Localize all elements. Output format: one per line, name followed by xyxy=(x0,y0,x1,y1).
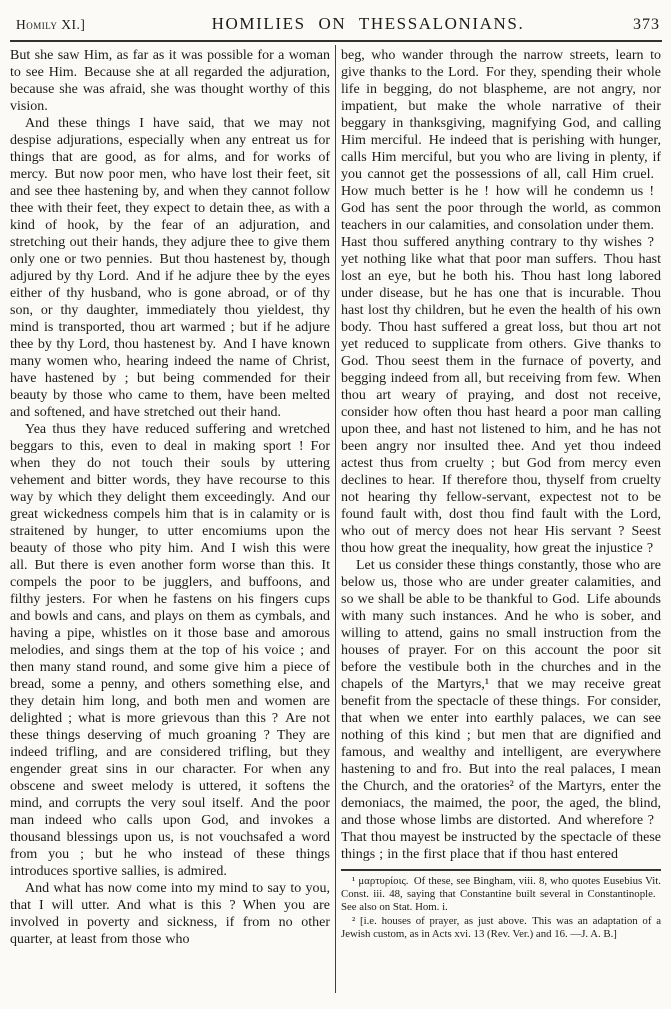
running-header: Homily XI.] HOMILIES ON THESSALONIANS. 3… xyxy=(10,12,662,34)
page-title: HOMILIES ON THESSALONIANS. xyxy=(146,14,590,34)
paragraph: Yea thus they have reduced suffering and… xyxy=(10,421,330,880)
footnotes-block: ¹ μαρτυρίοις. Of these, see Bingham, vii… xyxy=(341,869,661,941)
footnote-1: ¹ μαρτυρίοις. Of these, see Bingham, vii… xyxy=(341,875,661,915)
page-number: 373 xyxy=(590,16,660,34)
footnote-2: ² [i.e. houses of prayer, as just above.… xyxy=(341,915,661,941)
paragraph: And what has now come into my mind to sa… xyxy=(10,880,330,948)
running-header-homily-label: Homily XI.] xyxy=(16,17,146,33)
column-divider xyxy=(335,45,336,993)
paragraph: Let us consider these things constantly,… xyxy=(341,557,661,863)
paragraph-continuation: beg, who wander through the narrow stree… xyxy=(341,47,661,557)
text-columns: But she saw Him, as far as it was possib… xyxy=(10,45,662,993)
header-rule xyxy=(10,40,662,42)
right-column: beg, who wander through the narrow stree… xyxy=(341,45,661,993)
left-column: But she saw Him, as far as it was possib… xyxy=(10,45,330,993)
book-page: Homily XI.] HOMILIES ON THESSALONIANS. 3… xyxy=(0,0,671,1009)
paragraph: And these things I have said, that we ma… xyxy=(10,115,330,421)
paragraph-continuation: But she saw Him, as far as it was possib… xyxy=(10,47,330,115)
